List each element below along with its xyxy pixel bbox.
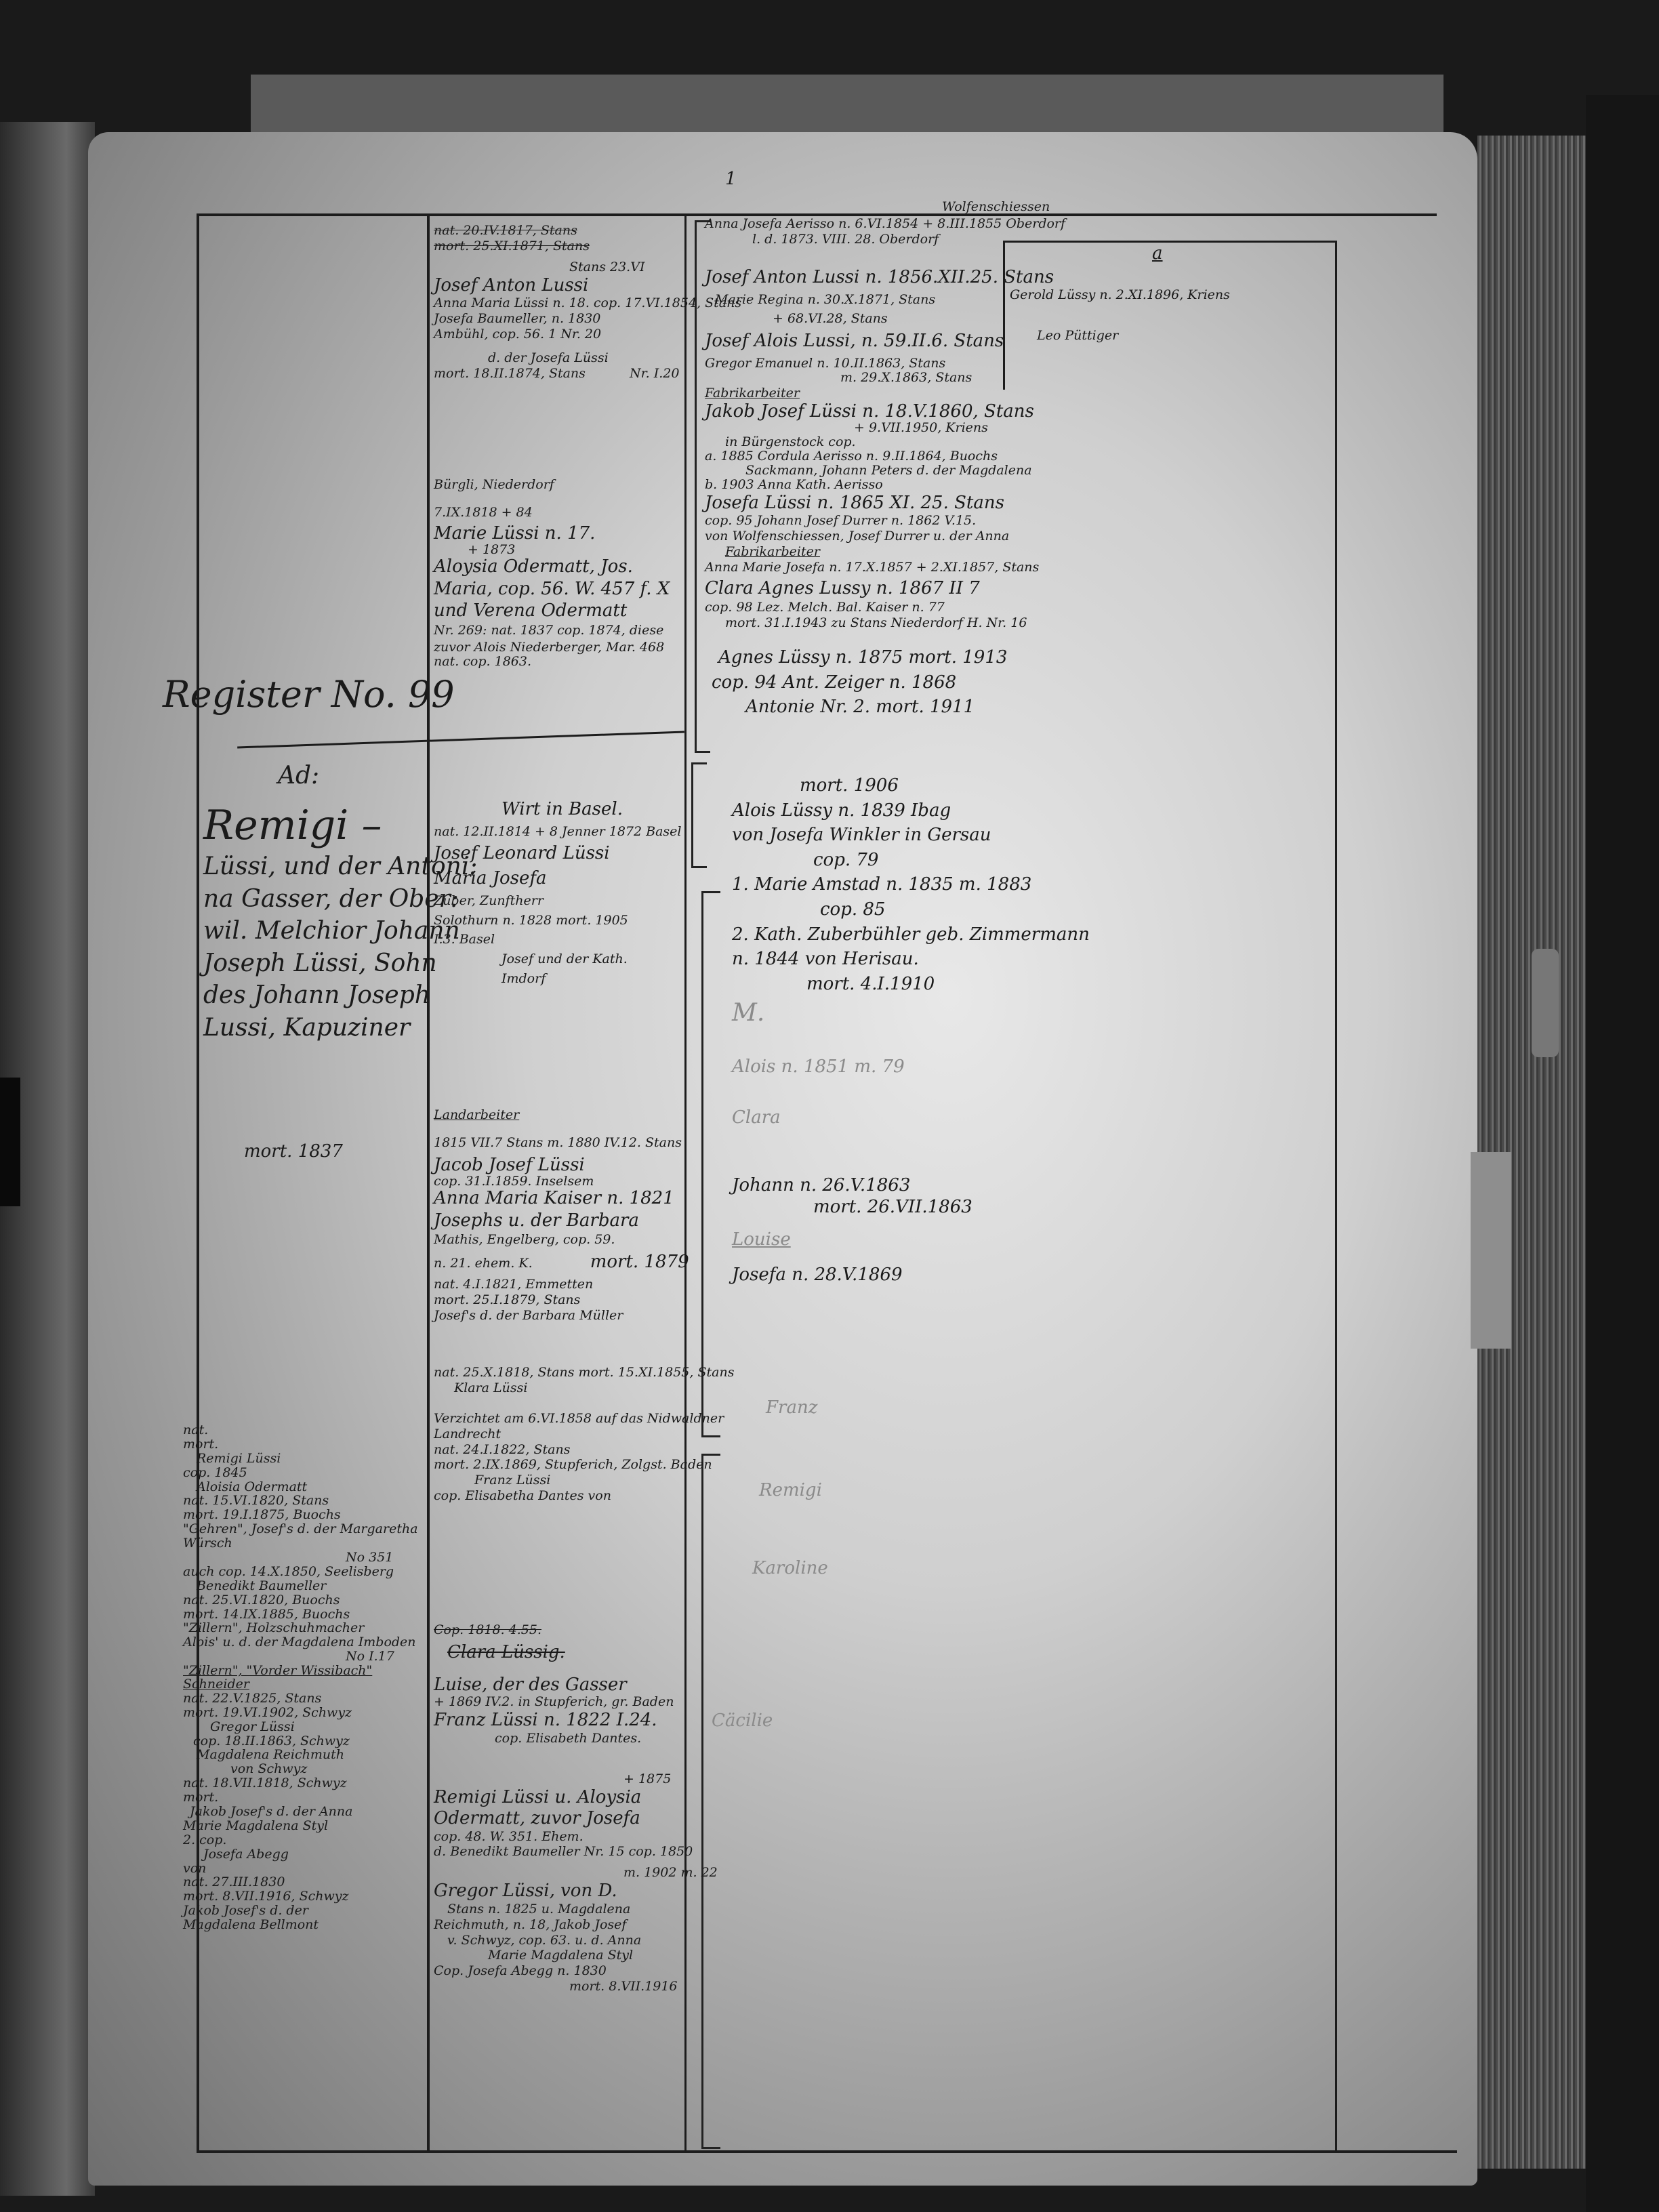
right-top-place: Wolfenschiessen (942, 200, 1050, 214)
entry-line: Stans n. 1825 u. Magdalena (434, 1902, 718, 1917)
frame-right (1335, 241, 1337, 2152)
entry-line: Anna Maria Lüssi n. 18. cop. 17.VI.1854,… (434, 296, 741, 310)
note-line: Schneider (183, 1677, 353, 1692)
entry-line: nat. 4.I.1821, Emmetten (434, 1277, 689, 1292)
note-line: nat. 22.V.1825, Stans (183, 1692, 353, 1706)
entry-line: + 68.VI.28, Stans (705, 312, 1054, 326)
entry-line: Fabrikarbeiter (705, 386, 1054, 401)
entry-line: Luise, der des Gasser (434, 1675, 718, 1695)
note-line: "Zillern", "Vorder Wissibach" (183, 1664, 418, 1678)
entry-line: Zuber, Zunftherr (434, 894, 681, 908)
note-line: mort. (183, 1790, 353, 1805)
note-line: No 351 (183, 1551, 418, 1565)
entry-line: Jacob Josef Lüssi (434, 1155, 689, 1175)
right-lower-entries: mort. 1906 Alois Lüssy n. 1839 Ibag von … (732, 776, 1090, 999)
entry-line: 1815 VII.7 Stans m. 1880 IV.12. Stans (434, 1136, 689, 1150)
entry-line: Gregor Emanuel n. 10.II.1863, Stans (705, 356, 1054, 371)
entry-line: nat. 25.X.1818, Stans mort. 15.XI.1855, … (434, 1366, 734, 1380)
entry-line: Josefa Lüssi n. 1865 XI. 25. Stans (705, 493, 1054, 513)
child-johann: Johann n. 26.V.1863 (732, 1176, 910, 1195)
entry-line: von Wolfenschiessen, Josef Durrer u. der… (705, 529, 1054, 544)
far-right-entry: Leo Püttiger (1037, 329, 1118, 343)
entry-line: Cop. Josefa Abegg n. 1830 (434, 1964, 718, 1978)
entry-line: v. Schwyz, cop. 63. u. d. Anna (434, 1933, 718, 1948)
note-line: mort. 14.IX.1885, Buochs (183, 1607, 418, 1622)
entry-line: von Josefa Winkler in Gersau (732, 825, 1090, 845)
entry-line: m. 1902 m. 22 (434, 1866, 718, 1880)
entry-line: Nr. 269: nat. 1837 cop. 1874, diese (434, 623, 670, 638)
middle-bottom-entry: Cop. 1818. 4.55. Clara Lüssig. Luise, de… (434, 1623, 718, 1999)
entry-line: Fabrikarbeiter (705, 545, 1054, 559)
faint-name: Alois n. 1851 m. 79 (732, 1057, 905, 1077)
middle-verzicht-entry: nat. 25.X.1818, Stans mort. 15.XI.1855, … (434, 1366, 734, 1509)
middle-landarbeiter-entry: Landarbeiter 1815 VII.7 Stans m. 1880 IV… (434, 1108, 689, 1328)
note-line: Marie Magdalena Styl (183, 1819, 353, 1833)
note-line: cop. 1845 (183, 1466, 418, 1480)
entry-line: Landarbeiter (434, 1108, 689, 1122)
entry-line: cop. Elisabetha Dantes von (434, 1489, 734, 1503)
entry-line: nat. 12.II.1814 + 8 Jenner 1872 Basel (434, 825, 681, 839)
entry-line: cop. 79 (732, 851, 1090, 870)
entry-line: Mathis, Engelberg, cop. 59. (434, 1233, 689, 1247)
entry-line: mort. 4.I.1910 (732, 975, 1090, 994)
entry-line: Jakob Josef Lüssi n. 18.V.1860, Stans (705, 402, 1054, 422)
entry-line: Verzichtet am 6.VI.1858 auf das Nidwaldn… (434, 1412, 734, 1426)
note-line: nat. 18.VII.1818, Schwyz (183, 1776, 353, 1790)
faint-name: Clara (732, 1108, 781, 1128)
note-line: nat. 27.III.1830 (183, 1875, 353, 1889)
note-line: No I.17 (183, 1650, 418, 1664)
entry-line: Odermatt, zuvor Josefa (434, 1809, 718, 1828)
entry-line: Alois Lüssy n. 1839 Ibag (732, 801, 1090, 821)
entry-line: cop. Elisabeth Dantes. (434, 1732, 718, 1746)
child-josefa: Josefa n. 28.V.1869 (732, 1265, 902, 1285)
entry-line: Cop. 1818. 4.55. (434, 1623, 718, 1637)
entry-line: Marie Regina n. 30.X.1871, Stans (705, 293, 1054, 307)
entry-line: mort. 8.VII.1916 (434, 1980, 718, 1994)
entry-line: + 9.VII.1950, Kriens (705, 421, 1054, 435)
entry-line: Imdorf (434, 972, 681, 986)
entry-line: Josef und der Kath. (434, 952, 681, 966)
entry-line: Josef Alois Lussi, n. 59.II.6. Stans (705, 331, 1054, 351)
entry-line: a. 1885 Cordula Aerisso n. 9.II.1864, Bu… (705, 449, 1054, 464)
title-underline (237, 731, 684, 748)
entry-line: Clara Lüssig. (434, 1643, 718, 1662)
entry-line: m. 29.X.1863, Stans (705, 371, 1054, 385)
entry-line: Agnes Lüssy n. 1875 mort. 1913 (705, 648, 1054, 668)
brace-right-alois (701, 891, 720, 1437)
entry-line: Franz Lüssi (434, 1473, 734, 1488)
note-line: auch cop. 14.X.1850, Seelisberg (183, 1565, 418, 1579)
book-edge-shadow (1586, 95, 1659, 2212)
note-line: Remigi Lüssi (183, 1452, 418, 1466)
register-title: Register No. 99 (163, 674, 455, 714)
note-line: von (183, 1862, 353, 1876)
note-line: Jakob Josef's d. der (183, 1904, 353, 1918)
entry-line: + 1875 (434, 1772, 718, 1786)
note-line: "Zillern", Holzschuhmacher (183, 1621, 418, 1635)
entry-line: Josephs u. der Barbara (434, 1211, 689, 1231)
entry-line: Anna Maria Kaiser n. 1821 (434, 1189, 689, 1208)
entry-line: Maria, cop. 56. W. 457 f. X (434, 579, 670, 599)
entry-line: Marie Lüssi n. 17. (434, 524, 670, 544)
entry-line: + 1869 IV.2. in Stupferich, gr. Baden (434, 1695, 718, 1709)
note-line: 2. cop. (183, 1833, 353, 1847)
entry-line: Ambühl, cop. 56. 1 Nr. 20 (434, 327, 741, 342)
far-right-entry: Gerold Lüssy n. 2.XI.1896, Kriens (1010, 288, 1230, 302)
annotation-line: l. d. 1873. VIII. 28. Oberdorf (705, 232, 1065, 247)
entry-line: Remigi Lüssi u. Aloysia (434, 1788, 718, 1807)
entry-line: Anna Marie Josefa n. 17.X.1857 + 2.XI.18… (705, 560, 1054, 575)
entry-line: b. 1903 Anna Kath. Aerisso (705, 478, 1054, 492)
entry-line: Josef Anton Lussi n. 1856.XII.25. Stans (705, 268, 1054, 287)
right-entries: Josef Anton Lussi n. 1856.XII.25. Stans … (705, 268, 1054, 722)
entry-line: cop. 94 Ant. Zeiger n. 1868 (705, 673, 1054, 693)
entry-line: cop. 95 Johann Josef Durrer n. 1862 V.15… (705, 514, 1054, 528)
entry-line: Landrecht (434, 1427, 734, 1441)
entry-line: d. der Josefa Lüssi (434, 351, 741, 365)
child-johann-mort: mort. 26.VII.1863 (813, 1197, 972, 1217)
entry-line: cop. 98 Lez. Melch. Bal. Kaiser n. 77 (705, 600, 1054, 615)
entry-line: mort. 2.IX.1869, Stupferich, Zolgst. Bad… (434, 1458, 734, 1472)
entry-line: Nr. I.20 (630, 367, 679, 381)
entry-line: Antonie Nr. 2. mort. 1911 (705, 697, 1054, 717)
note-line: Gregor Lüssi (183, 1720, 353, 1734)
note-line: Alois' u. d. der Magdalena Imboden (183, 1635, 418, 1650)
note-line: "Gehren", Josef's d. der Margaretha (183, 1522, 418, 1536)
entry-line: Josef's d. der Barbara Müller (434, 1309, 689, 1323)
entry-line: 2. Kath. Zuberbühler geb. Zimmermann (732, 925, 1090, 945)
faint-name: Louise (732, 1230, 791, 1250)
note-line: mort. 19.I.1875, Buochs (183, 1508, 418, 1522)
entry-line: Marie Magdalena Styl (434, 1948, 718, 1963)
entry-line: nat. 20.IV.1817, Stans (434, 224, 741, 238)
note-line: Aloisia Odermatt (183, 1480, 418, 1494)
entry-line: mort. 1879 (590, 1252, 689, 1272)
entry-line: in Bürgenstock cop. (705, 435, 1054, 449)
entry-line: I.3. Basel (434, 933, 681, 947)
founder-mort: mort. 1837 (244, 1142, 343, 1162)
entry-line: Stans 23.VI (434, 260, 741, 274)
left-notes-b: Schneider nat. 22.V.1825, Stans mort. 19… (183, 1677, 353, 1932)
divider-left (427, 213, 430, 2152)
note-line: von Schwyz (183, 1762, 353, 1776)
middle-burgli-entry: Bürgli, Niederdorf 7.IX.1818 + 84 Marie … (434, 478, 670, 669)
faint-name: Cäcilie (712, 1711, 773, 1731)
entry-line: Josefa Baumeller, n. 1830 (434, 312, 741, 326)
entry-line: zuvor Alois Niederberger, Mar. 468 (434, 640, 670, 655)
note-line: mort. 8.VII.1916, Schwyz (183, 1889, 353, 1904)
entry-line: Clara Agnes Lussy n. 1867 II 7 (705, 579, 1054, 598)
entry-line: Bürgli, Niederdorf (434, 478, 670, 492)
side-paper-tab (1471, 1152, 1511, 1349)
founder-line: Lussi, Kapuziner (203, 1015, 477, 1042)
faint-name: Franz (766, 1398, 817, 1418)
entry-line: cop. 31.I.1859. Inselsem (434, 1174, 689, 1189)
left-notes-a: nat. mort. Remigi Lüssi cop. 1845 Aloisi… (183, 1423, 418, 1678)
faint-name: Remigi (759, 1481, 822, 1500)
book-clip (1532, 949, 1559, 1057)
entry-line: cop. 48. W. 351. Ehem. (434, 1830, 718, 1844)
entry-line: mort. 31.I.1943 zu Stans Niederdorf H. N… (705, 616, 1054, 630)
left-marker-tab (0, 1078, 20, 1206)
register-page: 1 Register No. 99 Ad: Remigi – Lüssi, un… (88, 132, 1477, 2186)
entry-line: n. 21. ehem. K. (434, 1256, 533, 1271)
frame-bottom (197, 2150, 1457, 2153)
entry-line: d. Benedikt Baumeller Nr. 15 cop. 1850 (434, 1845, 718, 1859)
brace-right-agnes (691, 762, 707, 868)
note-line: Magdalena Reichmuth (183, 1748, 353, 1762)
entry-line: nat. 24.I.1822, Stans (434, 1443, 734, 1457)
entry-line: 1. Marie Amstad n. 1835 m. 1883 (732, 875, 1090, 895)
faint-name: Karoline (752, 1559, 828, 1578)
annotation-line: Anna Josefa Aerisso n. 6.VI.1854 + 8.III… (705, 217, 1065, 231)
entry-line: Solothurn n. 1828 mort. 1905 (434, 914, 681, 928)
entry-line: Aloysia Odermatt, Jos. (434, 557, 670, 577)
note-line: nat. 25.VI.1820, Buochs (183, 1593, 418, 1607)
note-line: mort. (183, 1437, 418, 1452)
entry-line: n. 1844 von Herisau. (732, 949, 1090, 969)
entry-line: 7.IX.1818 + 84 (434, 506, 670, 520)
entry-line: und Verena Odermatt (434, 601, 670, 621)
entry-line: + 1873 (434, 543, 670, 557)
entry-line: Sackmann, Johann Peters d. der Magdalena (705, 464, 1054, 478)
middle-basel-entry: Wirt in Basel. nat. 12.II.1814 + 8 Jenne… (434, 800, 681, 991)
entry-line: Josef Anton Lussi (434, 276, 741, 295)
note-line: nat. (183, 1423, 418, 1437)
entry-line: cop. 85 (732, 900, 1090, 920)
entry-line: Franz Lüssi n. 1822 I.24. (434, 1711, 718, 1730)
entry-line: mort. 1906 (732, 776, 1090, 796)
note-line: nat. 15.VI.1820, Stans (183, 1494, 418, 1508)
note-line: Würsch (183, 1536, 418, 1551)
entry-line: mort. 25.XI.1871, Stans (434, 239, 741, 253)
entry-line: Gregor Lüssi, von D. (434, 1881, 718, 1901)
right-top-annotations: Anna Josefa Aerisso n. 6.VI.1854 + 8.III… (705, 217, 1065, 252)
entry-line: mort. 25.I.1879, Stans (434, 1293, 689, 1307)
entry-line: Josef Leonard Lüssi (434, 844, 681, 863)
entry-line: mort. 18.II.1874, Stans (434, 367, 586, 381)
note-line: Benedikt Baumeller (183, 1579, 418, 1593)
entry-line: Reichmuth, n. 18, Jakob Josef (434, 1918, 718, 1932)
entry-line: Wirt in Basel. (434, 800, 681, 819)
note-line: Jakob Josef's d. der Anna (183, 1805, 353, 1819)
note-line: Magdalena Bellmont (183, 1918, 353, 1932)
founder-heading: Ad: (278, 762, 319, 790)
far-right-label: a (1152, 244, 1163, 264)
note-line: mort. 19.VI.1902, Schwyz (183, 1706, 353, 1720)
middle-top-entry: nat. 20.IV.1817, Stans mort. 25.XI.1871,… (434, 224, 741, 386)
note-line: Josefa Abegg (183, 1847, 353, 1862)
entry-line: Maria Josefa (434, 869, 681, 888)
page-mark: 1 (725, 169, 737, 189)
entry-line: Klara Lüssi (434, 1381, 734, 1395)
note-line: cop. 18.II.1863, Schwyz (183, 1734, 353, 1748)
entry-line: nat. cop. 1863. (434, 655, 670, 669)
faint-name: M. (732, 1000, 764, 1027)
